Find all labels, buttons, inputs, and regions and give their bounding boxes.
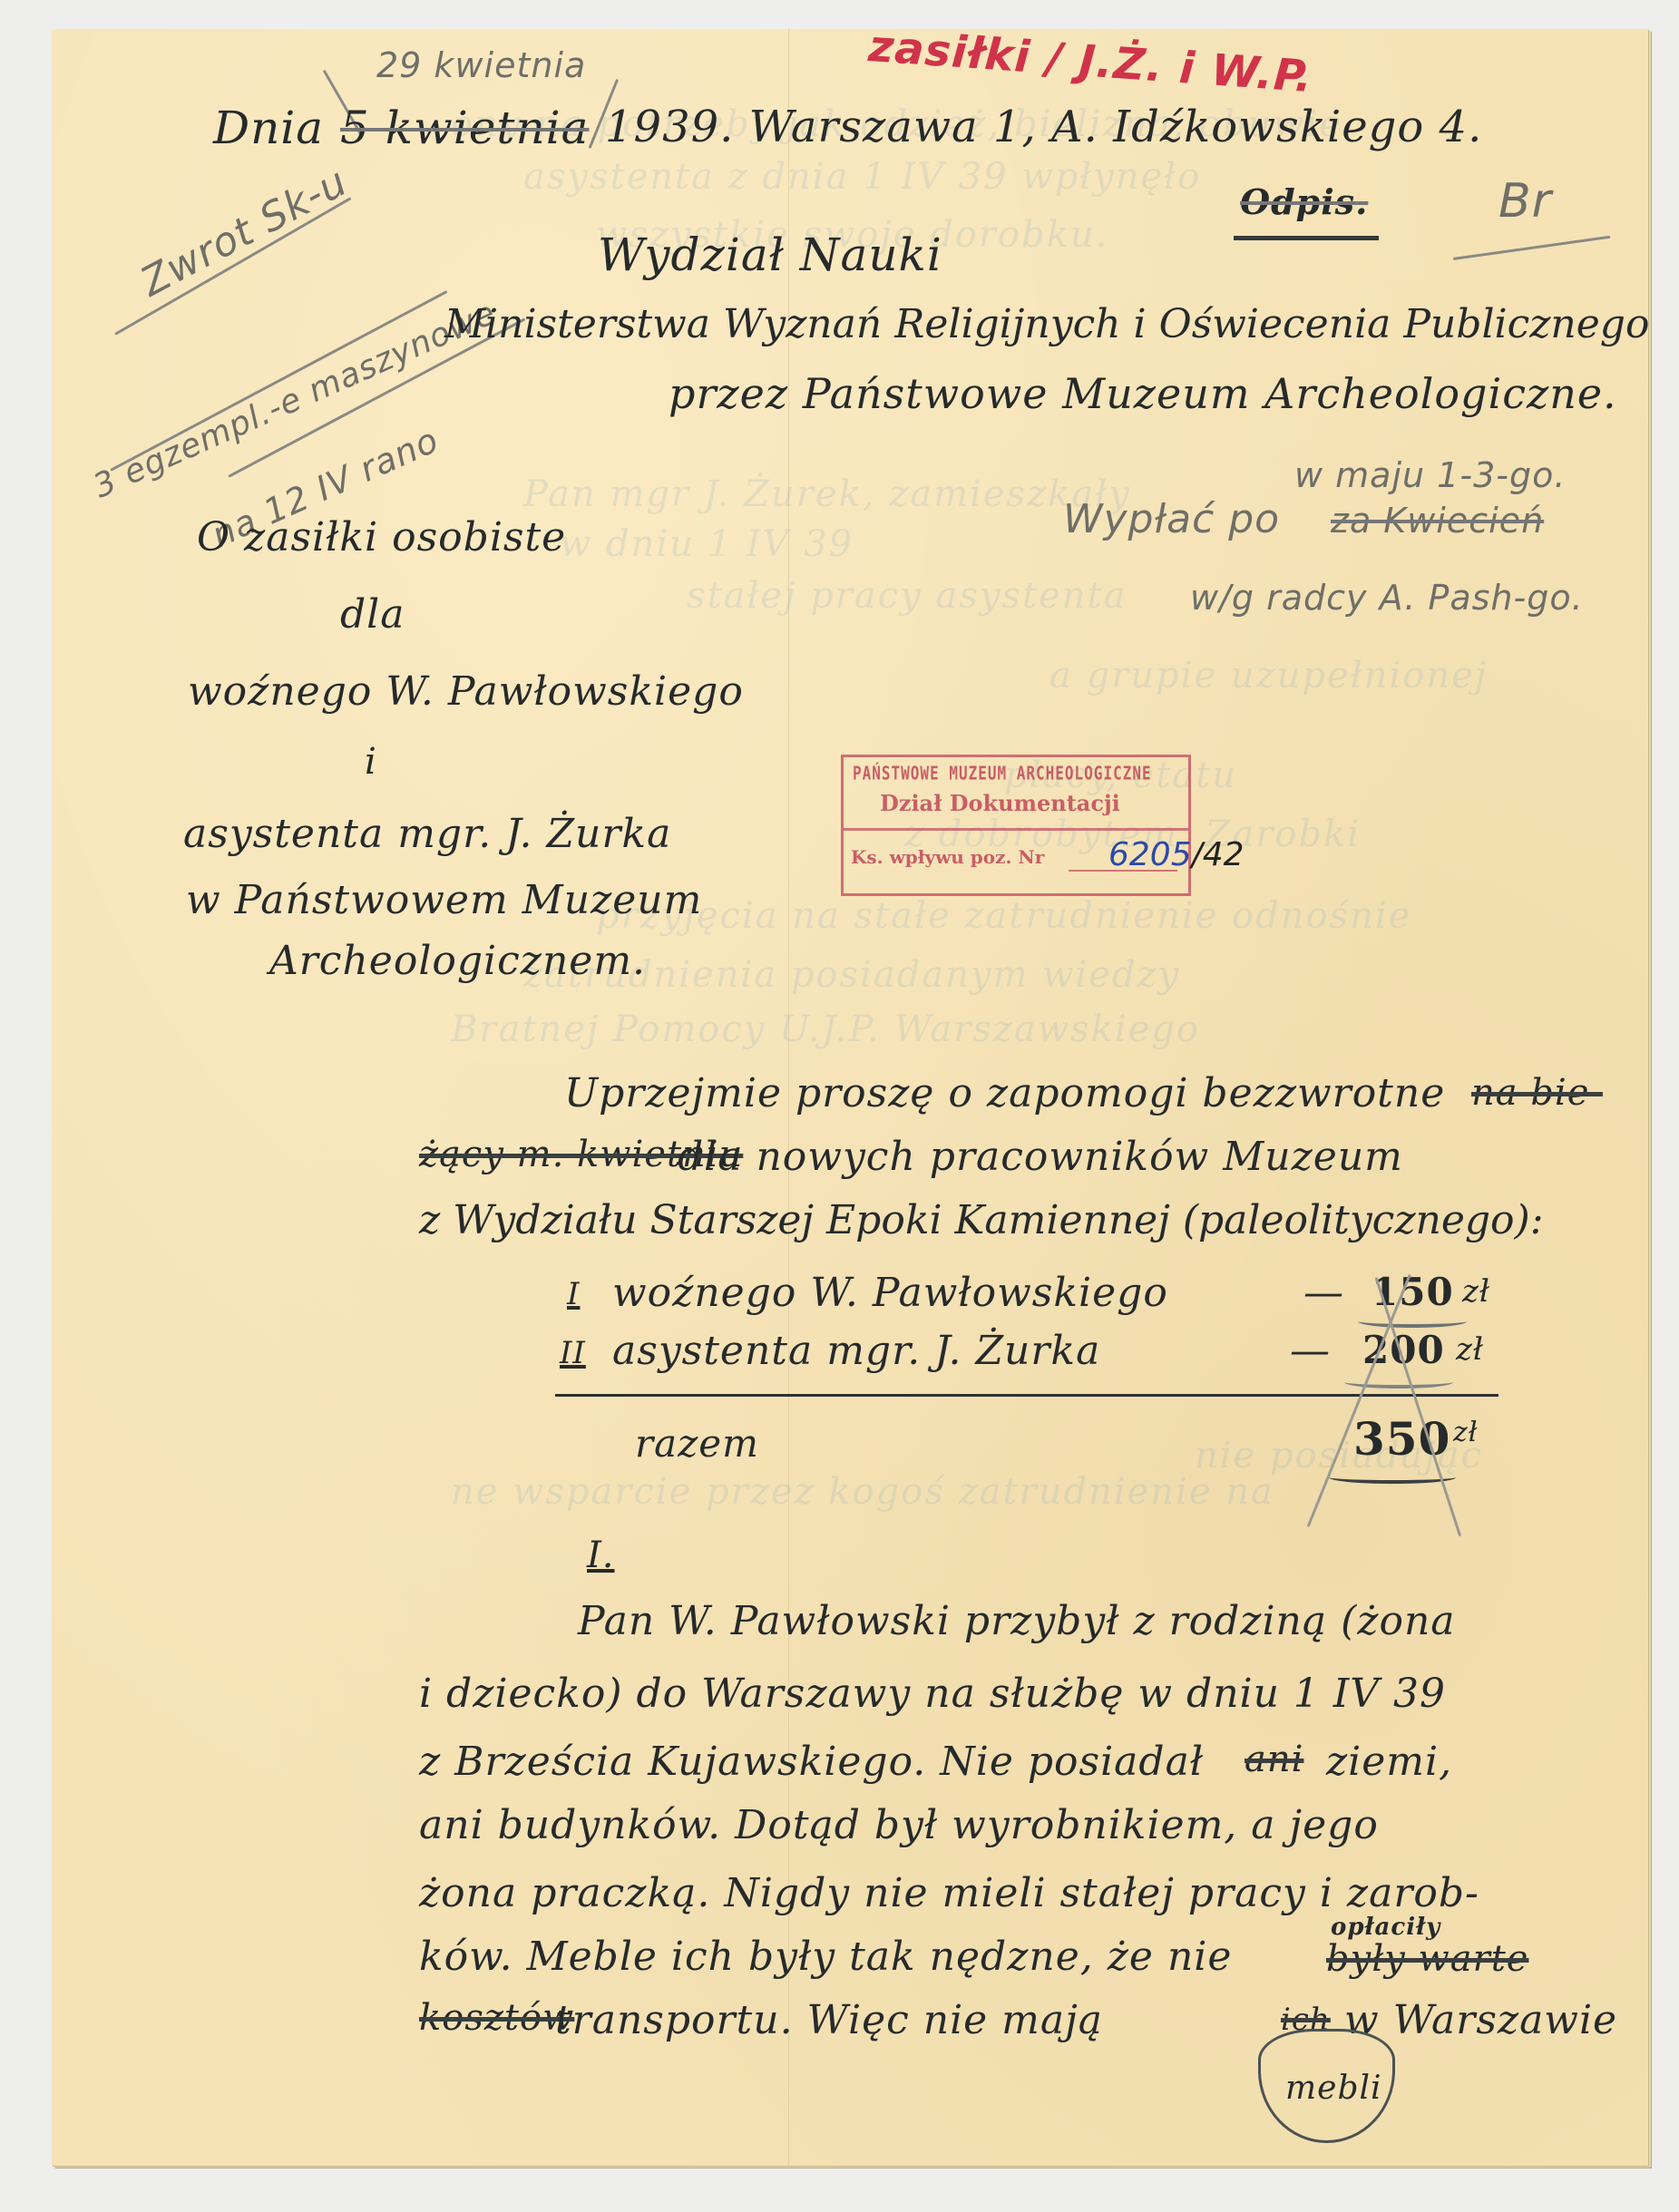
addressee-line-2: Ministerstwa Wyznań Religijnych i Oświec… (444, 301, 1649, 347)
section-line-5: żona praczką. Nigdy nie mieli stałej pra… (419, 1870, 1479, 1916)
bleed-through-text: Bratnej Pomocy U.J.P. Warszawskiego (451, 1009, 1200, 1050)
section-line-1: Pan W. Pawłowski przybył z rodziną (żona (578, 1598, 1456, 1644)
date-place: 1939. Warszawa 1, A. Idźkowskiego 4. (605, 102, 1482, 152)
row-1-unit: zł (1462, 1273, 1490, 1310)
body-line-1-struck: na bie- (1471, 1072, 1603, 1114)
row-2-dash: — (1290, 1328, 1331, 1374)
section-line-7-struck: kosztów (419, 1997, 574, 2039)
sum-rule (555, 1394, 1498, 1397)
stamp-number: 6205/42 (1108, 836, 1245, 873)
row-1-name: woźnego W. Pawłowskiego (612, 1270, 1168, 1316)
stamp-register-label: Ks. wpływu poz. Nr (851, 846, 1044, 868)
section-line-6: ków. Meble ich były tak nędzne, że nie (419, 1934, 1232, 1980)
row-2-name: asystenta mgr. J. Żurka (612, 1328, 1100, 1374)
bleed-through-text: Pan mgr J. Żurek, zamieszkały (523, 473, 1131, 515)
total-unit: zł (1453, 1417, 1479, 1448)
row-1-number: I (567, 1276, 580, 1312)
subject-line-7: Archeologicznem. (269, 938, 646, 984)
odpis-struck: Odpis. (1240, 181, 1368, 222)
bleed-through-text: ne wsparcie przez kogoś zatrudnienie na (451, 1471, 1274, 1513)
body-line-2: dla nowych pracowników Muzeum (678, 1134, 1403, 1180)
pencil-note-pay: Wypłać po (1063, 496, 1280, 542)
body-line-1: Uprzejmie proszę o zapomogi bezzwrotne (564, 1070, 1445, 1116)
margin-note-copies: 3 egzempl.-e maszynowe (88, 294, 502, 505)
bleed-through-text: asystenta z dnia 1 IV 39 wpłynęło (523, 156, 1201, 198)
amount-underline (1344, 1376, 1453, 1389)
subject-line-3: woźnego W. Pawłowskiego (188, 668, 744, 715)
margin-note-zwrot: Zwrot Sk-u (133, 159, 355, 306)
register-year: /42 (1192, 836, 1245, 873)
subject-line-4: i (365, 741, 377, 783)
stamp-department: Dział Dokumentacji (880, 790, 1120, 816)
subject-line-2: dla (340, 591, 405, 638)
addressee-line-3: przez Państwowe Muzeum Archeologiczne. (669, 369, 1617, 418)
body-line-3: z Wydziału Starszej Epoki Kamiennej (pal… (419, 1197, 1544, 1243)
section-line-7: transportu. Więc nie mają (555, 1997, 1103, 2043)
amount-underline (1358, 1315, 1467, 1328)
section-line-6-struck: były warte (1326, 1938, 1528, 1980)
subject-line-1: O zasiłki osobiste (197, 514, 566, 560)
dnia-label: Dnia (213, 102, 324, 154)
bleed-through-text: w dniu 1 IV 39 (560, 523, 854, 565)
section-line-2: i dziecko) do Warszawy na służbę w dniu … (419, 1671, 1446, 1717)
document-page: ony na potrzeby jak odzież, bielizna, ob… (52, 29, 1648, 2166)
pencil-note-struck: za Kwiecień (1331, 501, 1544, 541)
stamp-institution: PAŃSTWOWE MUZEUM ARCHEOLOGICZNE (853, 762, 1152, 784)
archive-stamp: PAŃSTWOWE MUZEUM ARCHEOLOGICZNE Dział Do… (841, 755, 1191, 896)
pencil-note-month: w maju 1-3-go. (1294, 455, 1566, 495)
red-pencil-annotation: zasiłki / J.Ż. i W.P. (867, 21, 1314, 102)
row-1-dash: — (1303, 1270, 1344, 1316)
initials: Br (1498, 174, 1552, 229)
total-underline (1329, 1471, 1456, 1484)
row-2-number: II (560, 1335, 586, 1371)
section-line-3-end: ziemi, (1326, 1739, 1452, 1785)
addressee-line-1: Wydział Nauki (598, 229, 942, 281)
struck-date: 5 kwietnia (340, 102, 589, 154)
pencil-note-advisor: w/g radcy A. Pash-go. (1190, 578, 1584, 618)
section-line-3-struck: ani (1245, 1739, 1303, 1780)
subject-line-6: w Państwowem Muzeum (186, 877, 702, 923)
section-line-7-end: w Warszawie (1344, 1997, 1617, 2043)
odpis-underline (1234, 236, 1379, 240)
bleed-through-text: przyjęcia na stałe zatrudnienie odnośnie (596, 895, 1411, 937)
insertion-above: opłaciły (1331, 1914, 1440, 1941)
register-number: 6205 (1108, 836, 1192, 873)
bleed-through-text: stałej pracy asystenta (687, 575, 1127, 617)
row-2-unit: zł (1456, 1331, 1484, 1368)
date-correction: 29 kwietnia (376, 45, 586, 85)
pencil-underline (1453, 236, 1611, 260)
total-label: razem (635, 1421, 759, 1466)
bleed-through-text: a grupie uzupełnionej (1049, 655, 1488, 697)
balloon-text: mebli (1285, 2070, 1382, 2107)
section-heading: I. (587, 1535, 615, 1576)
section-line-3: z Brześcia Kujawskiego. Nie posiadał (419, 1739, 1204, 1785)
section-line-4: ani budynków. Dotąd był wyrobnikiem, a j… (419, 1802, 1379, 1848)
stamp-divider (844, 828, 1188, 831)
subject-line-5: asystenta mgr. J. Żurka (183, 811, 671, 857)
